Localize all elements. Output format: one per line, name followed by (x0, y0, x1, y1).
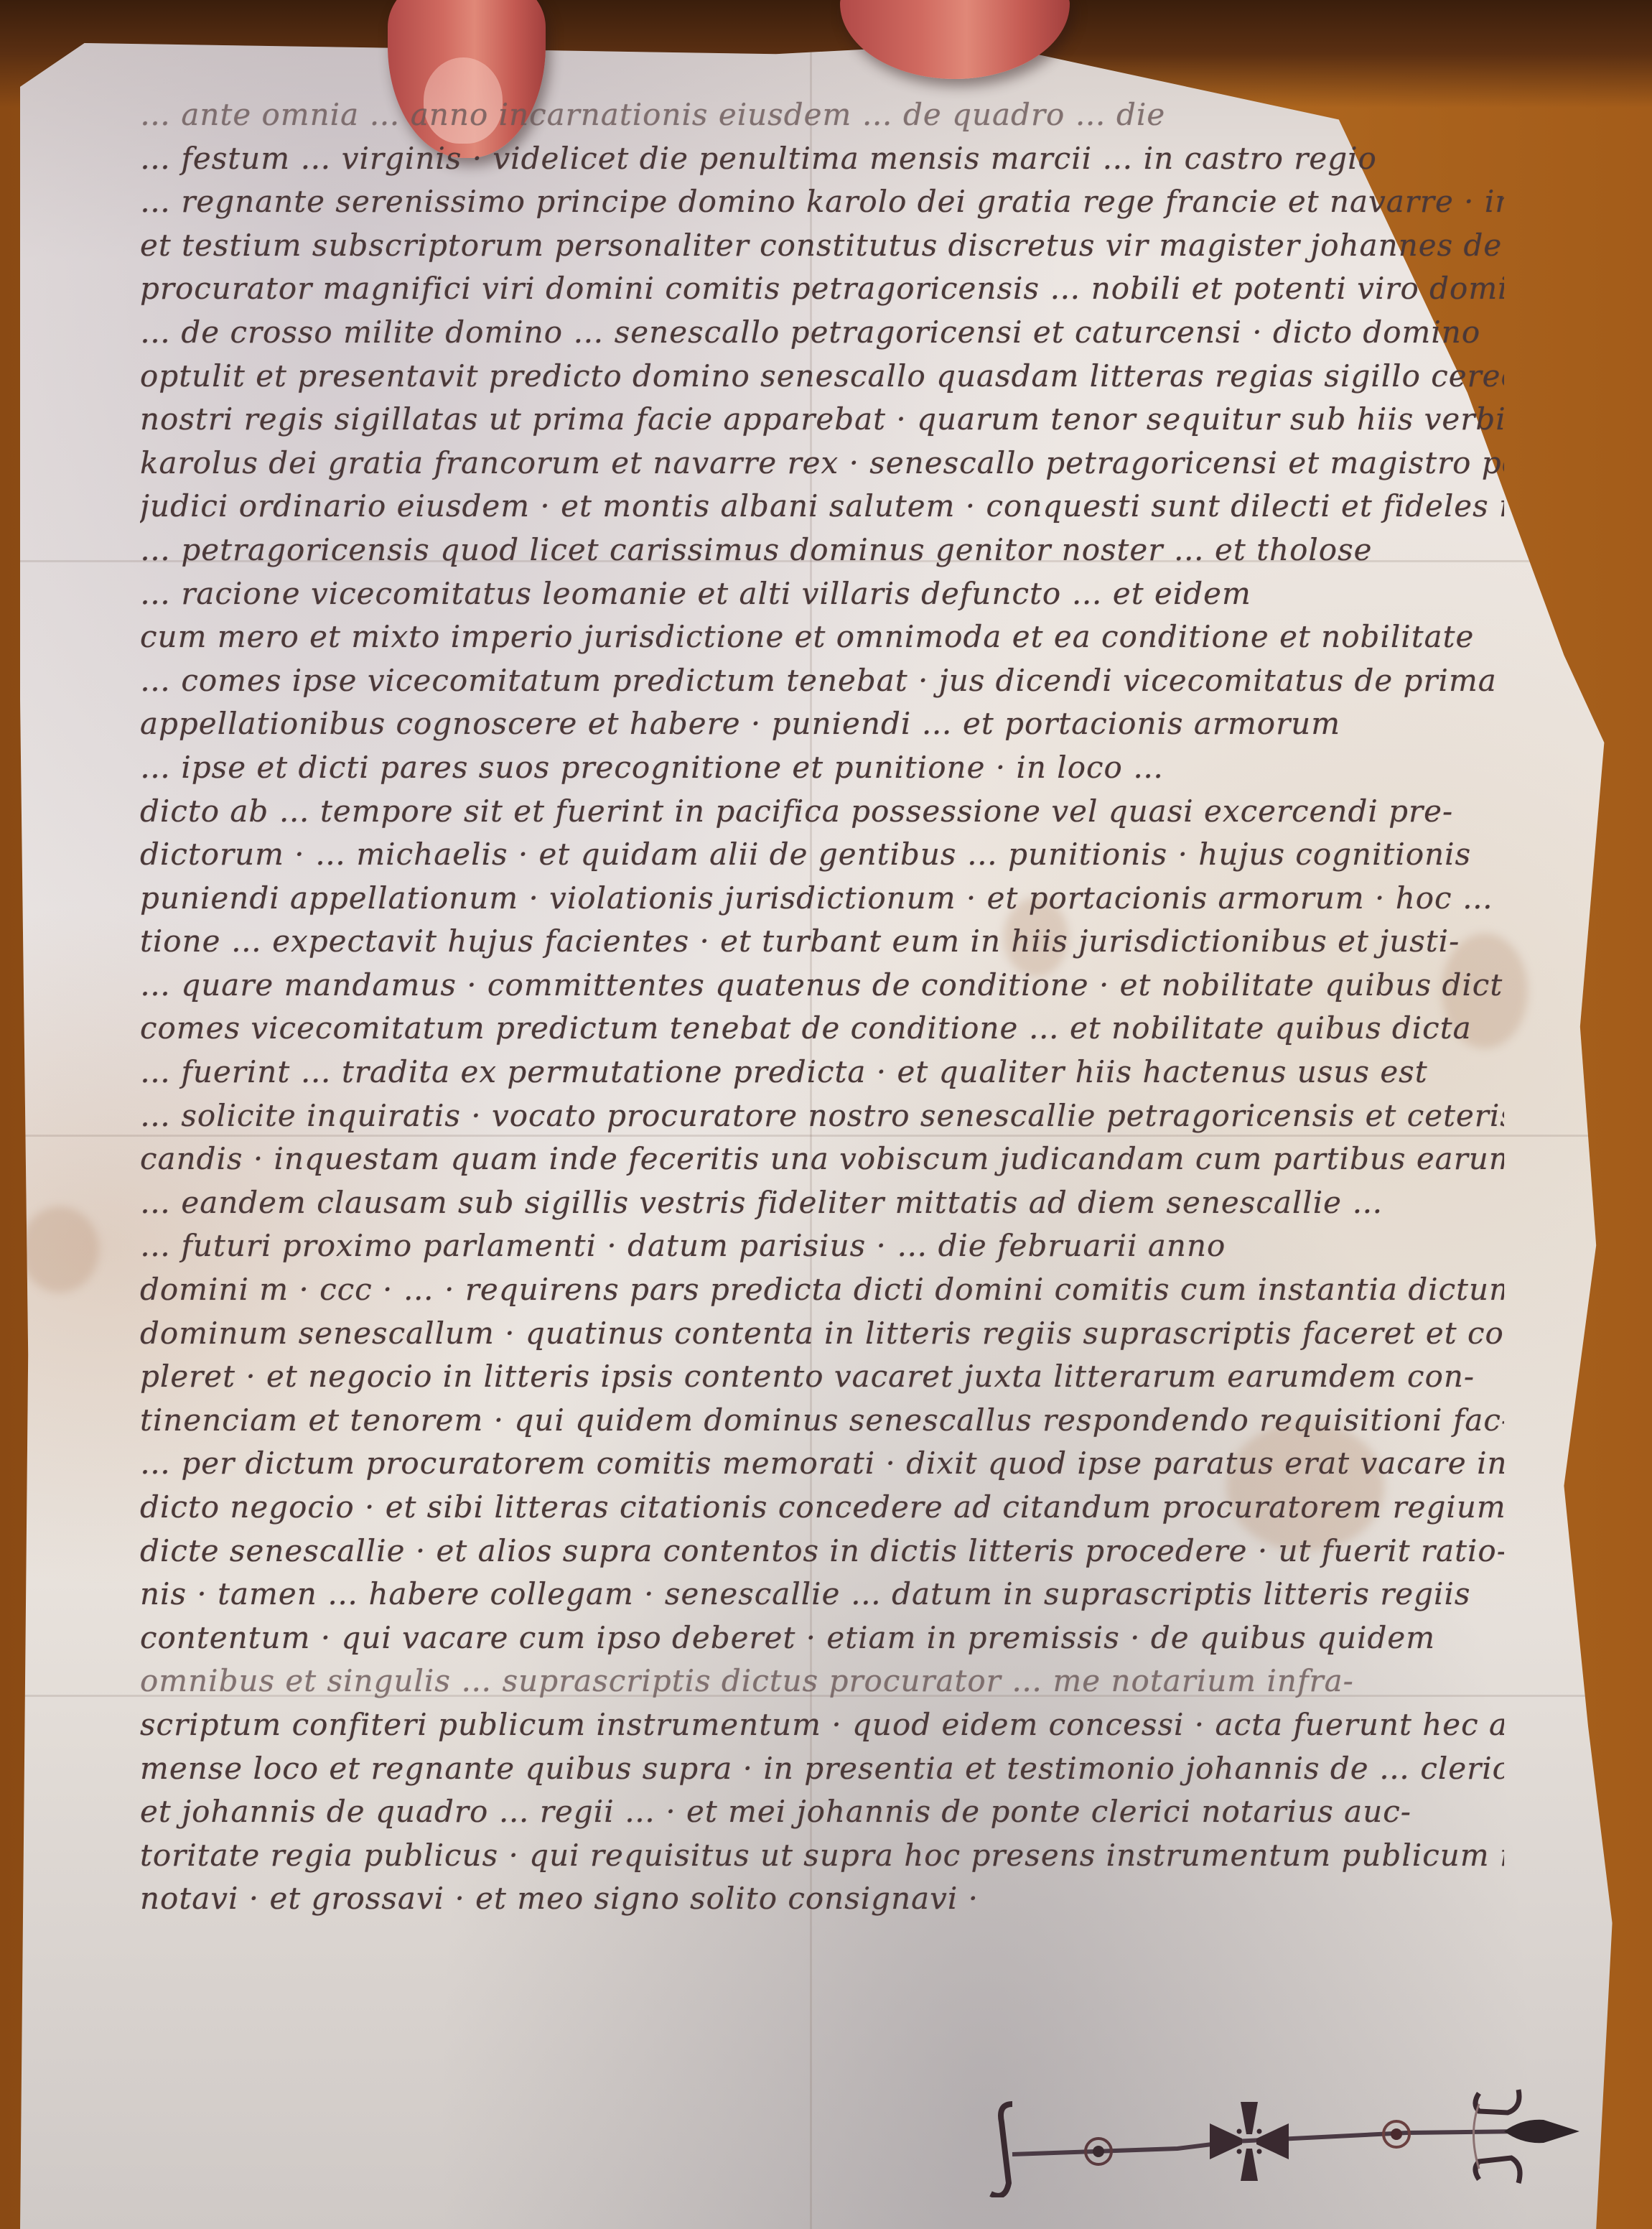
text-line: judici ordinario eiusdem · et montis alb… (140, 485, 1504, 529)
text-line: … regnante serenissimo principe domino k… (140, 180, 1504, 224)
text-line: scriptum confiteri publicum instrumentum… (140, 1703, 1504, 1747)
text-line: … petragoricensis quod licet carissimus … (140, 529, 1504, 572)
text-line: … quare mandamus · committentes quatenus… (140, 964, 1504, 1008)
text-line: karolus dei gratia francorum et navarre … (140, 442, 1504, 485)
text-line: … per dictum procuratorem comitis memora… (140, 1442, 1504, 1486)
text-line: candis · inquestam quam inde feceritis u… (140, 1137, 1504, 1181)
text-line: mense loco et regnante quibus supra · in… (140, 1747, 1504, 1791)
text-line: nis · tamen … habere collegam · senescal… (140, 1573, 1504, 1616)
text-line: dictorum · … michaelis · et quidam alii … (140, 833, 1504, 877)
text-line: … fuerint … tradita ex permutatione pred… (140, 1051, 1504, 1094)
text-line: notavi · et grossavi · et meo signo soli… (140, 1877, 1504, 1921)
text-line: optulit et presentavit predicto domino s… (140, 355, 1504, 399)
text-line: dicte senescallie · et alios supra conte… (140, 1530, 1504, 1573)
text-line: … ante omnia … anno incarnationis eiusde… (140, 93, 1504, 137)
text-line: dominum senescallum · quatinus contenta … (140, 1312, 1504, 1356)
text-line: domini m · ccc · … · requirens pars pred… (140, 1268, 1504, 1312)
text-line: puniendi appellationum · violationis jur… (140, 877, 1504, 921)
text-line: contentum · qui vacare cum ipso deberet … (140, 1616, 1504, 1660)
text-line: … festum … virginis · videlicet die penu… (140, 137, 1504, 181)
text-line: … ipse et dicti pares suos precognitione… (140, 746, 1504, 790)
text-line: dicto ab … tempore sit et fuerint in pac… (140, 790, 1504, 834)
stain (20, 1206, 99, 1293)
text-line: dicto negocio · et sibi litteras citatio… (140, 1486, 1504, 1530)
text-line: nostri regis sigillatas ut prima facie a… (140, 398, 1504, 442)
text-line: omnibus et singulis … suprascriptis dict… (140, 1660, 1504, 1703)
text-line: procurator magnifici viri domini comitis… (140, 267, 1504, 311)
text-line: et testium subscriptorum personaliter co… (140, 224, 1504, 268)
text-line: … eandem clausam sub sigillis vestris fi… (140, 1181, 1504, 1225)
text-line: … solicite inquiratis · vocato procurato… (140, 1094, 1504, 1138)
text-line: tinenciam et tenorem · qui quidem dominu… (140, 1399, 1504, 1443)
text-line: cum mero et mixto imperio jurisdictione … (140, 615, 1504, 659)
manuscript-text: … ante omnia … anno incarnationis eiusde… (140, 93, 1504, 1921)
text-line: appellationibus cognoscere et habere · p… (140, 702, 1504, 746)
text-line: pleret · et negocio in litteris ipsis co… (140, 1355, 1504, 1399)
text-line: … comes ipse vicecomitatum predictum ten… (140, 659, 1504, 703)
text-line: tione … expectavit hujus facientes · et … (140, 920, 1504, 964)
text-line: … futuri proximo parlamenti · datum pari… (140, 1224, 1504, 1268)
text-line: … racione vicecomitatus leomanie et alti… (140, 572, 1504, 616)
text-line: et johannis de quadro … regii … · et mei… (140, 1790, 1504, 1834)
notarial-sign-icon (976, 2054, 1594, 2197)
text-line: toritate regia publicus · qui requisitus… (140, 1834, 1504, 1878)
text-line: … de crosso milite domino … senescallo p… (140, 311, 1504, 355)
text-line: comes vicecomitatum predictum tenebat de… (140, 1007, 1504, 1051)
